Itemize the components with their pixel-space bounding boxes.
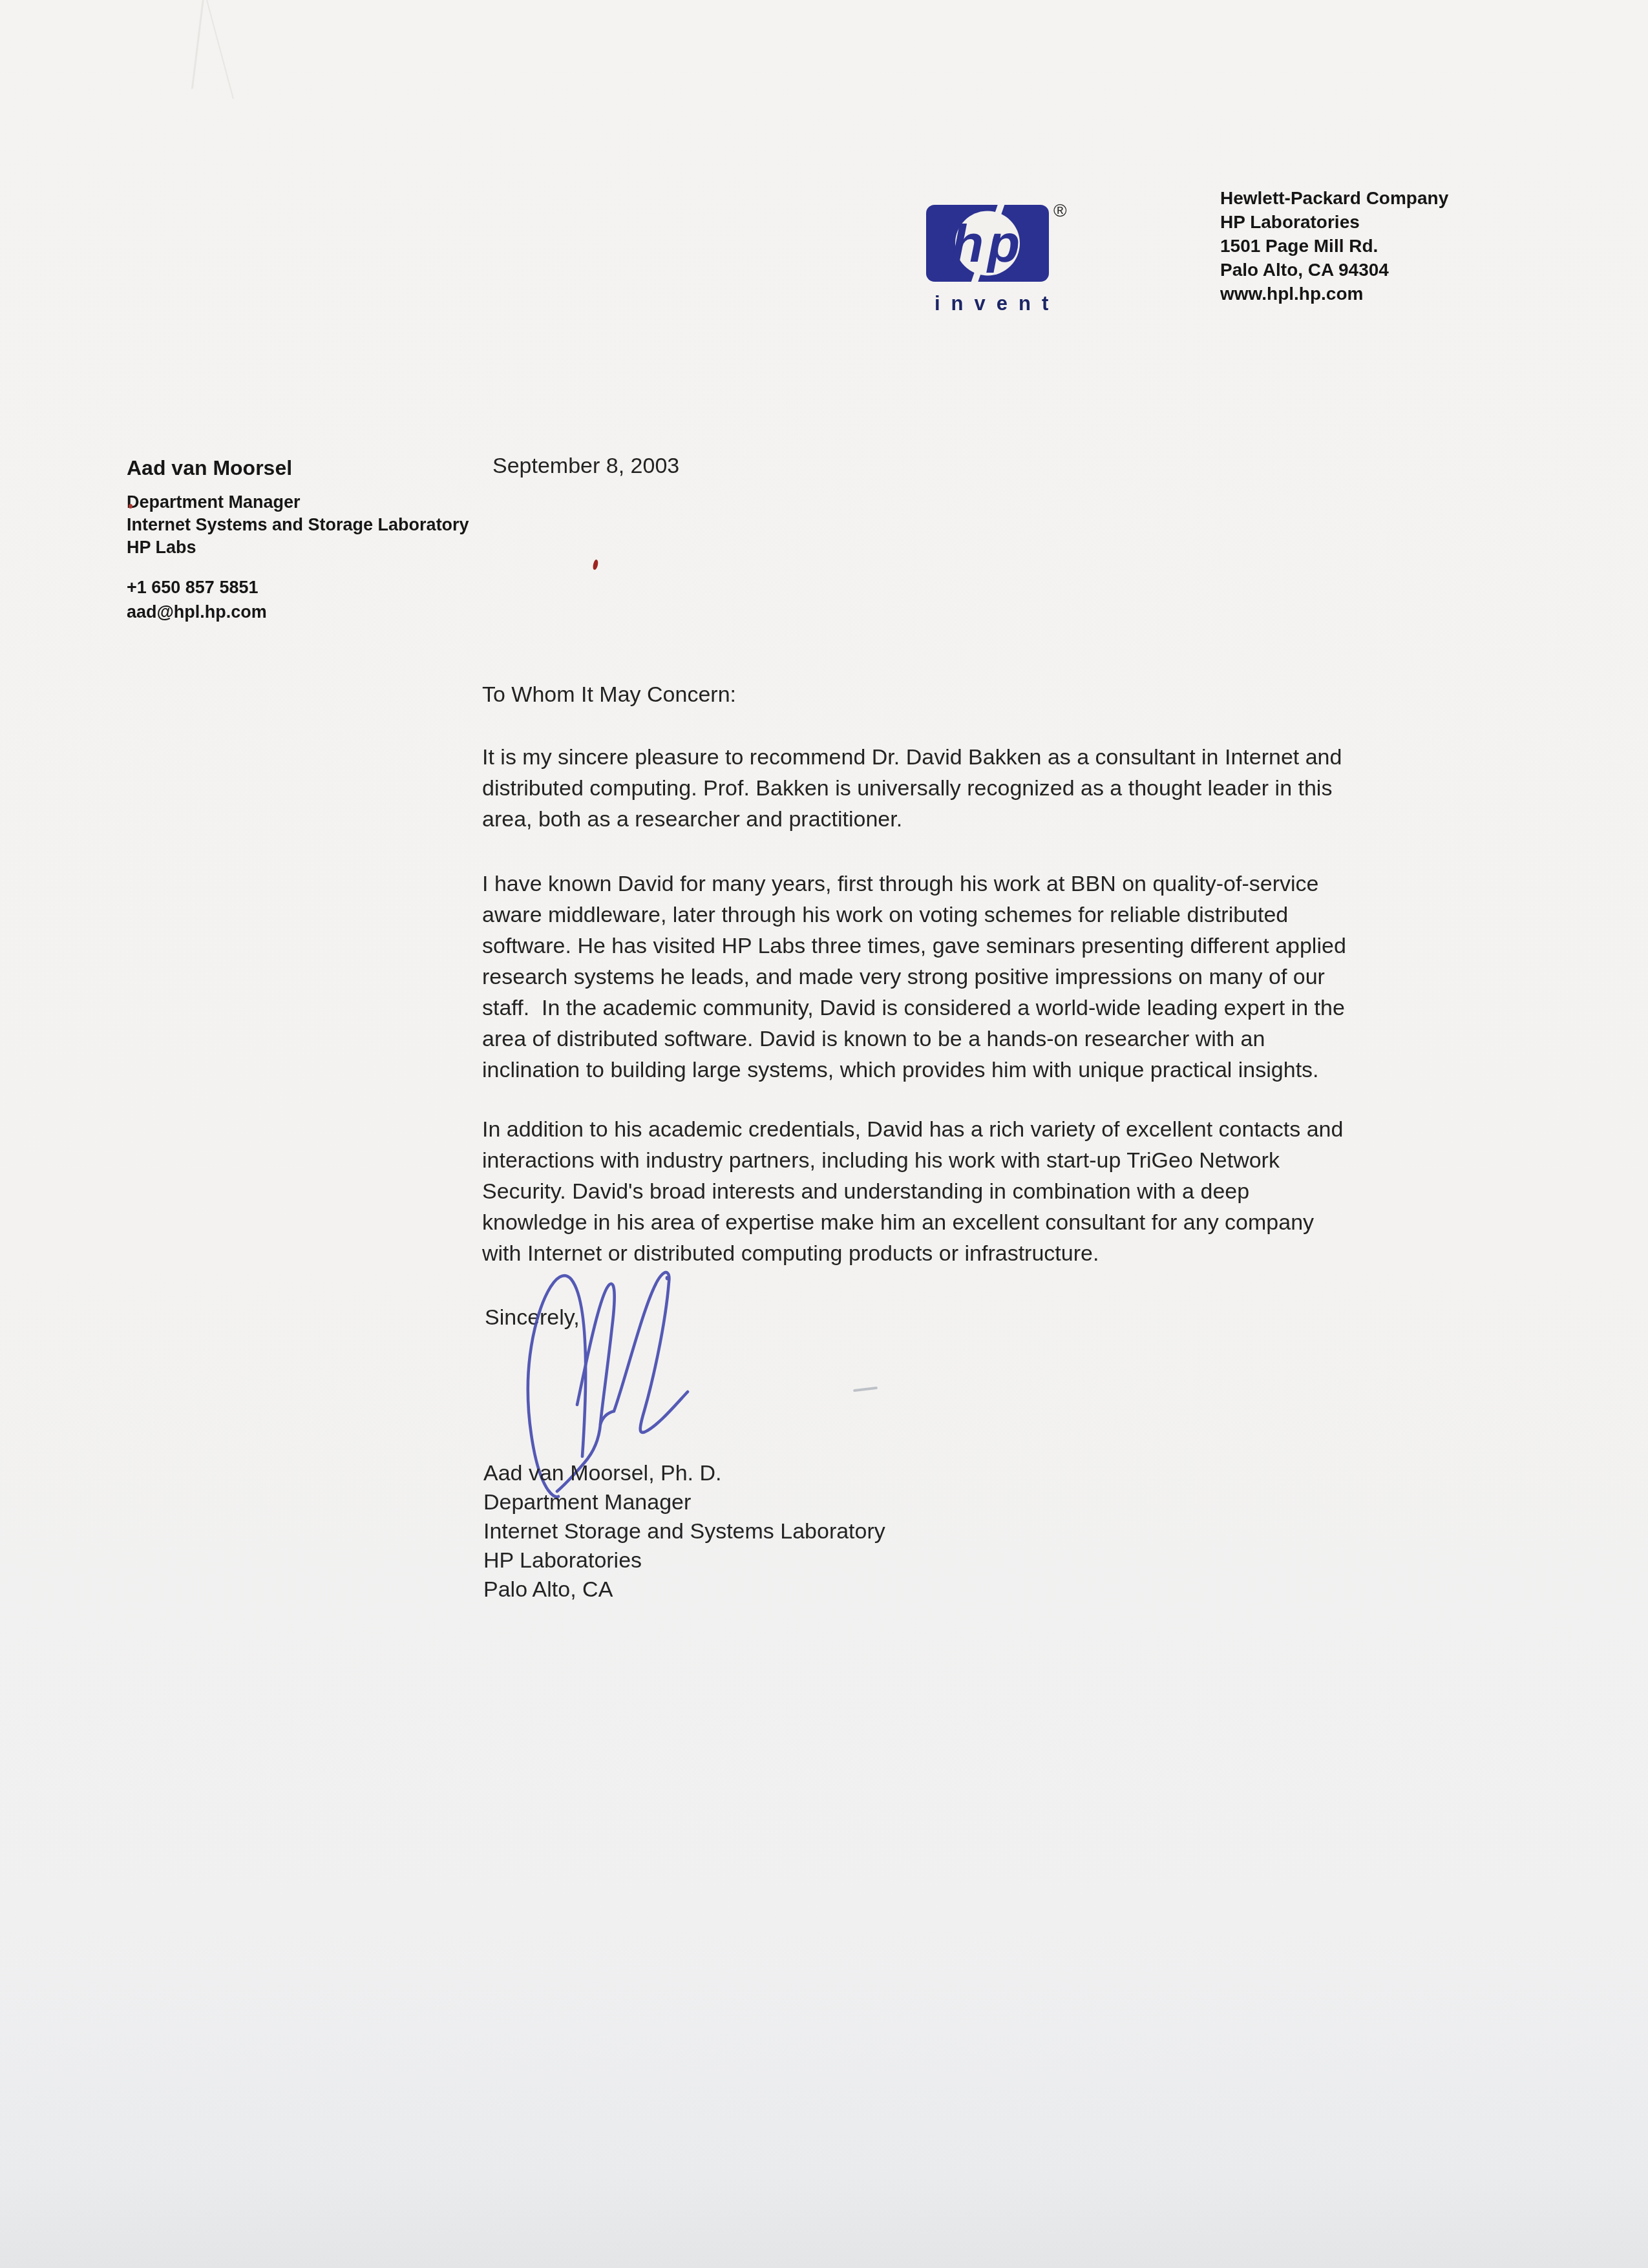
letter-line: Security. David's broad interests and un…: [482, 1176, 1343, 1207]
scan-crease: [191, 0, 205, 89]
sender-title: Department Manager: [127, 491, 469, 514]
signoff-lab: Internet Storage and Systems Laboratory: [483, 1517, 885, 1546]
sender-phone: +1 650 857 5851: [127, 575, 267, 600]
company-line: Palo Alto, CA 94304: [1220, 258, 1448, 282]
paragraph-2: I have known David for many years, first…: [482, 868, 1346, 1086]
company-line: Hewlett-Packard Company: [1220, 186, 1448, 210]
letter-line: research systems he leads, and made very…: [482, 961, 1346, 992]
letter-line: I have known David for many years, first…: [482, 868, 1346, 899]
letter-line: software. He has visited HP Labs three t…: [482, 930, 1346, 961]
letter-line: staff. In the academic community, David …: [482, 992, 1346, 1024]
letter-line: interactions with industry partners, inc…: [482, 1145, 1343, 1176]
company-line: 1501 Page Mill Rd.: [1220, 234, 1448, 258]
letter-date: September 8, 2003: [492, 454, 679, 479]
letter-line: knowledge in his area of expertise make …: [482, 1207, 1343, 1238]
letter-line: aware middleware, later through his work…: [482, 899, 1346, 930]
signoff-title: Department Manager: [483, 1488, 885, 1517]
scan-artifact-red-dot: [129, 504, 132, 509]
sender-block: Aad van Moorsel Department Manager Inter…: [127, 456, 469, 559]
company-address-block: Hewlett-Packard Company HP Laboratories …: [1220, 186, 1448, 306]
salutation: To Whom It May Concern:: [482, 682, 736, 708]
sender-name: Aad van Moorsel: [127, 456, 469, 480]
scan-artifact-red-speck: [592, 559, 599, 570]
hp-logo: hp: [926, 205, 1049, 282]
sender-lab: Internet Systems and Storage Laboratory: [127, 514, 469, 536]
sender-email: aad@hpl.hp.com: [127, 600, 267, 624]
paragraph-1: It is my sincere pleasure to recommend D…: [482, 742, 1342, 835]
letter-line: It is my sincere pleasure to recommend D…: [482, 742, 1342, 773]
letter-line: inclination to building large systems, w…: [482, 1055, 1346, 1086]
sender-contact-block: +1 650 857 5851 aad@hpl.hp.com: [127, 575, 267, 624]
signoff-name: Aad van Moorsel, Ph. D.: [483, 1459, 885, 1488]
signoff-org: HP Laboratories: [483, 1546, 885, 1575]
letter-page: hp ® invent Hewlett-Packard Company HP L…: [0, 0, 1648, 2268]
letter-line: distributed computing. Prof. Bakken is u…: [482, 773, 1342, 804]
scan-artifact-pen-dash: [853, 1387, 878, 1392]
registered-trademark-icon: ®: [1053, 200, 1067, 221]
hp-invent-tagline: invent: [935, 292, 1059, 315]
signoff-block: Aad van Moorsel, Ph. D. Department Manag…: [483, 1459, 885, 1604]
company-website: www.hpl.hp.com: [1220, 282, 1448, 306]
letter-line: In addition to his academic credentials,…: [482, 1114, 1343, 1145]
letter-line: area, both as a researcher and practitio…: [482, 804, 1342, 835]
scan-crease: [204, 0, 234, 99]
company-line: HP Laboratories: [1220, 210, 1448, 234]
letter-line: area of distributed software. David is k…: [482, 1024, 1346, 1055]
paragraph-3: In addition to his academic credentials,…: [482, 1114, 1343, 1269]
sender-org: HP Labs: [127, 536, 469, 559]
signoff-location: Palo Alto, CA: [483, 1575, 885, 1604]
